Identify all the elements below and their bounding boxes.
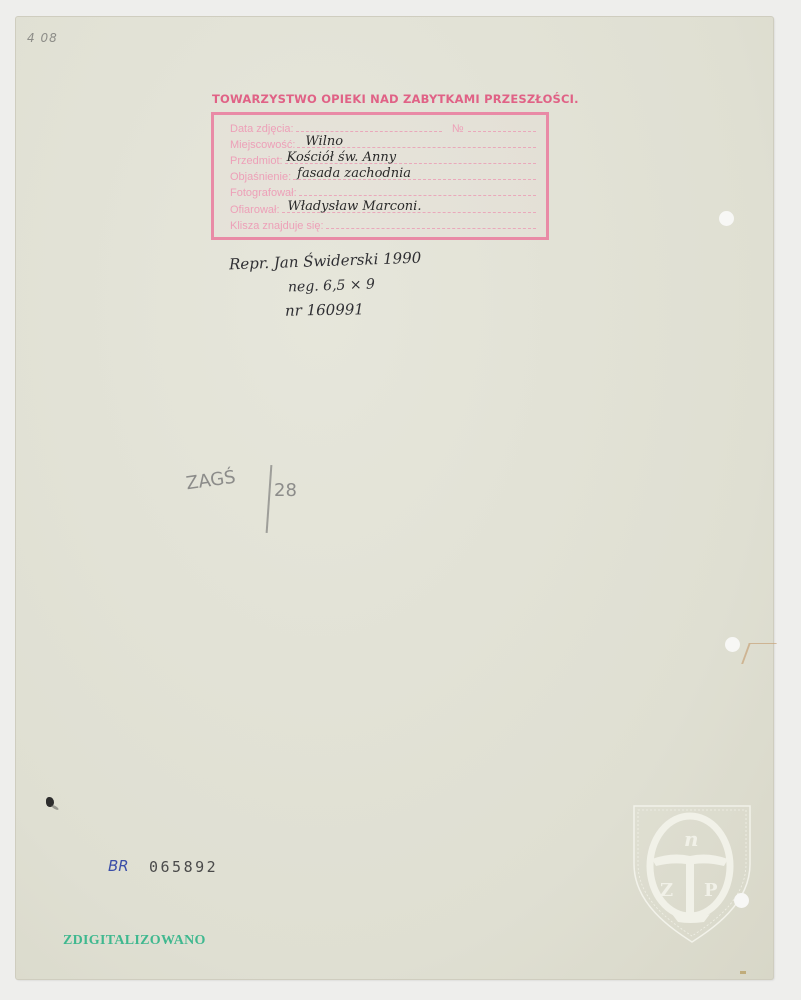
stamp-title: TOWARZYSTWO OPIEKI NAD ZABYTKAMI PRZESZŁ… (212, 92, 562, 106)
handwritten-subject: Kościół św. Anny (287, 150, 396, 165)
handwritten-description: fasada zachodnia (297, 166, 411, 181)
handwritten-place: Wilno (305, 134, 343, 149)
repro-note-line3: nr 160991 (285, 300, 364, 319)
punch-hole-top (719, 211, 734, 226)
stamp-label-date: Data zdjęcia: (230, 123, 294, 135)
repro-note-line2: neg. 6,5 × 9 (288, 276, 375, 295)
stamp-row-place: Miejscowość: Wilno (230, 136, 536, 151)
stamp-row-description: Objaśnienie: fasada zachodnia (230, 168, 536, 183)
handwritten-donor: Władysław Marconi. (288, 199, 422, 214)
inventory-number: 065892 (149, 858, 218, 876)
stamp-row-negative-location: Klisza znajduje się: (230, 217, 536, 232)
record-stamp-box: Data zdjęcia: № Miejscowość: Wilno Przed… (211, 112, 549, 240)
punch-hole-bottom (734, 893, 749, 908)
stamp-row-photographer: Fotografował: (230, 184, 536, 199)
svg-text:Z: Z (660, 880, 673, 901)
svg-text:P: P (704, 880, 718, 901)
stamp-row-subject: Przedmiot: Kościół św. Anny (230, 152, 536, 167)
stamp-number-line (468, 131, 536, 132)
svg-text:n: n (684, 827, 699, 851)
ink-blot (46, 797, 54, 807)
shield-watermark-icon: n Z P (632, 804, 752, 944)
digitized-stamp: ZDIGITALIZOWANO (63, 933, 206, 949)
paper-stain (740, 971, 746, 974)
br-mark: BR (108, 857, 129, 875)
punch-hole-middle (725, 637, 740, 652)
stamp-row-donor: Ofiarował: Władysław Marconi. (230, 201, 536, 216)
stamp-row-date: Data zdjęcia: № (230, 120, 536, 135)
pencil-corner-note: 4 08 (27, 31, 58, 45)
pencil-middle-number: 28 (274, 480, 297, 501)
stamp-number-label: № (452, 123, 464, 135)
